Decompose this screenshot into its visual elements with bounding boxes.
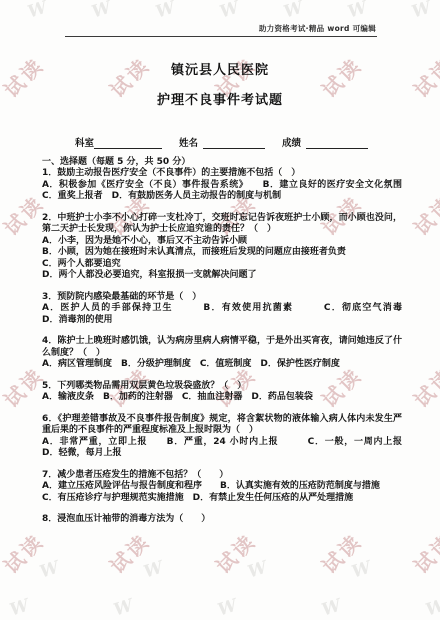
document-page: 试读试读试读试读试读试读试读试读试读试读试读试读试读试读试读试读试读试读试读试读… <box>0 0 440 620</box>
exam-info-line: 科室姓名成绩 <box>75 135 368 149</box>
exam-title: 护理不良事件考试题 <box>0 89 440 108</box>
question-options: A．小李，因为是她不小心，事后又不主动告诉小顾 <box>42 236 402 248</box>
question-options: A．非常严重，立即上报 B．严重，24 小时内上报 C．一般，一周内上报 D．轻… <box>42 437 402 460</box>
question-options: C．有压疮诊疗与护理规范实施措施 D．有禁止发生任何压疮的从严处理措施 <box>42 493 402 505</box>
header-note: 助力资格考试·精品 word 可编辑 <box>259 23 376 34</box>
question-6: 6．《护理差错事故及不良事件报告制度》规定，将含絮状物的液体输入病人体内未发生严… <box>42 414 402 460</box>
question-options: A．医护人员的手部保持卫生 B．有效使用抗菌素 C．彻底空气消毒 D．消毒剂的使… <box>42 303 402 326</box>
questions: 1．鼓励主动报告医疗安全（不良事件）的主要措施不包括（ ）A．积极参加《医疗安全… <box>42 168 402 536</box>
question-options: A．积极参加《医疗安全（不良）事件报告系统》 B．建立良好的医疗安全文化氛围 C… <box>42 180 402 203</box>
section-heading: 一、选择题（每题 5 分，共 50 分） <box>42 154 190 167</box>
question-options: B．小顾，因为她在接班时未认真清点，而接班后发现的问题应由接班者负责 <box>42 247 402 259</box>
document-content: 助力资格考试·精品 word 可编辑 镇沅县人民医院 护理不良事件考试题 科室姓… <box>0 0 440 620</box>
question-options: A．病区管理制度 B．分级护理制度 C．值班制度 D．保护性医疗制度 <box>42 359 402 371</box>
question-5: 5．下列哪类物品需用双层黄色垃圾袋盛放？（ ）A．输液皮条 B．加药的注射器 C… <box>42 381 402 404</box>
question-stem: 8．浸泡血压计袖带的消毒方法为（ ） <box>42 514 402 526</box>
question-stem: 5．下列哪类物品需用双层黄色垃圾袋盛放？（ ） <box>42 381 402 393</box>
question-options: C．两个人都要追究 <box>42 259 402 271</box>
name-blank <box>203 137 265 149</box>
hospital-title: 镇沅县人民医院 <box>0 59 440 78</box>
question-7: 7．减少患者压疮发生的措施不包括？（ ）A．建立压疮风险评估与报告制度和程序 B… <box>42 470 402 505</box>
question-4: 4．陈护士上晚班时感饥饿，认为病房里病人病情平稳，于是外出买宵夜，请问她违反了什… <box>42 336 402 371</box>
question-stem: 2．中班护士小李不小心打碎一支杜冷丁，交班时忘记告诉夜班护士小顾，而小顾也没问，… <box>42 213 402 236</box>
question-3: 3．预防院内感染最基础的环节是（ ）A．医护人员的手部保持卫生 B．有效使用抗菌… <box>42 292 402 327</box>
question-stem: 1．鼓励主动报告医疗安全（不良事件）的主要措施不包括（ ） <box>42 168 402 180</box>
header-divider <box>65 36 377 37</box>
question-1: 1．鼓励主动报告医疗安全（不良事件）的主要措施不包括（ ）A．积极参加《医疗安全… <box>42 168 402 203</box>
question-options: A．建立压疮风险评估与报告制度和程序 B．认真实施有效的压疮防范制度与措施 <box>42 481 402 493</box>
name-label: 姓名 <box>179 135 198 149</box>
dept-blank <box>94 137 162 149</box>
question-stem: 6．《护理差错事故及不良事件报告制度》规定，将含絮状物的液体输入病人体内未发生严… <box>42 414 402 437</box>
score-blank <box>306 137 368 149</box>
question-8: 8．浸泡血压计袖带的消毒方法为（ ） <box>42 514 402 526</box>
question-2: 2．中班护士小李不小心打碎一支杜冷丁，交班时忘记告诉夜班护士小顾，而小顾也没问，… <box>42 213 402 282</box>
question-stem: 7．减少患者压疮发生的措施不包括？（ ） <box>42 470 402 482</box>
question-options: A．输液皮条 B．加药的注射器 C．抽血注射器 D．药品包装袋 <box>42 392 402 404</box>
question-options: D．两个人都没必要追究，科室报损一支就解决问题了 <box>42 270 402 282</box>
score-label: 成绩 <box>282 135 301 149</box>
question-stem: 4．陈护士上晚班时感饥饿，认为病房里病人病情平稳，于是外出买宵夜，请问她违反了什… <box>42 336 402 359</box>
question-stem: 3．预防院内感染最基础的环节是（ ） <box>42 292 402 304</box>
dept-label: 科室 <box>75 135 94 149</box>
